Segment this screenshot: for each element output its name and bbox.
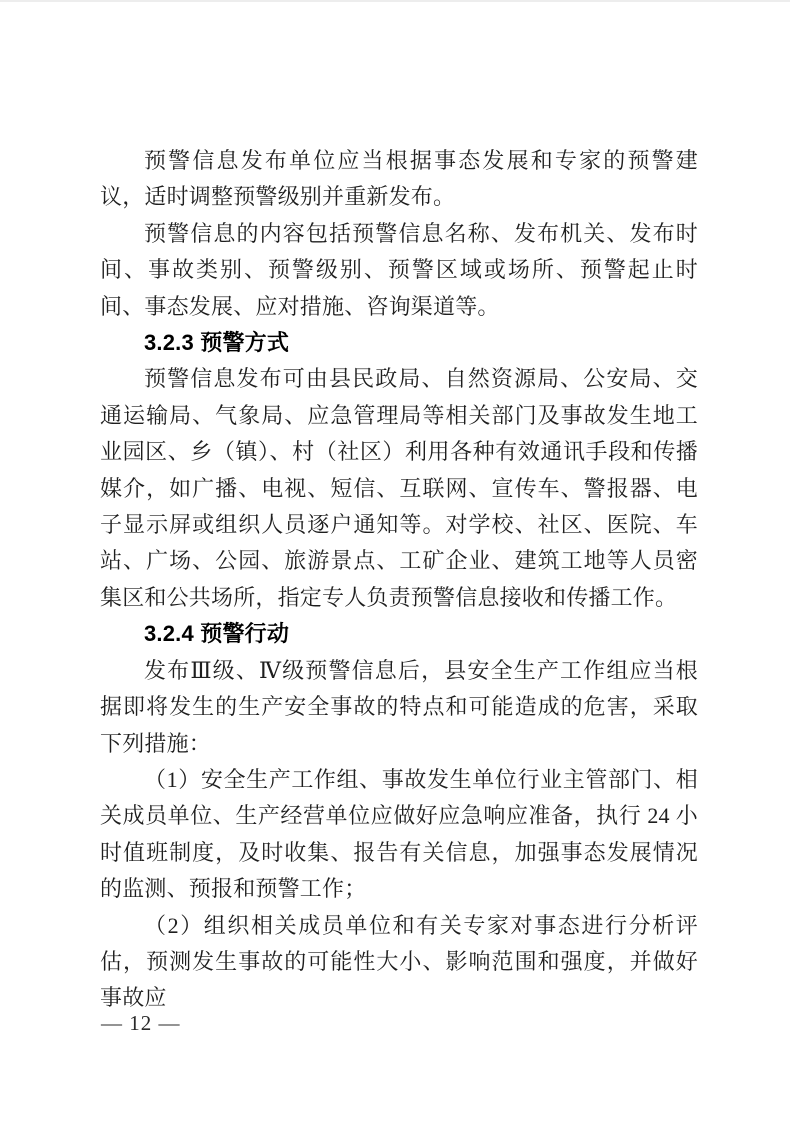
page-number: — 12 — [101, 1011, 181, 1035]
paragraph-warning-actions-intro: 发布Ⅲ级、Ⅳ级预警信息后，县安全生产工作组应当根据即将发生的生产安全事故的特点和… [100, 653, 698, 762]
paragraph-measure-1: （1）安全生产工作组、事故发生单位行业主管部门、相关成员单位、生产经营单位应做好… [100, 762, 698, 908]
document-page: 预警信息发布单位应当根据事态发展和专家的预警建议，适时调整预警级别并重新发布。 … [0, 0, 790, 1122]
section-heading-3-2-4: 3.2.4 预警行动 [100, 616, 698, 652]
page-top-edge [0, 0, 790, 2]
paragraph-warning-content: 预警信息的内容包括预警信息名称、发布机关、发布时间、事故类别、预警级别、预警区域… [100, 216, 698, 325]
paragraph-measure-2: （2）组织相关成员单位和有关专家对事态进行分析评估，预测发生事故的可能性大小、影… [100, 908, 698, 1017]
section-heading-3-2-3: 3.2.3 预警方式 [100, 325, 698, 361]
page-footer: — 12 — [101, 1008, 181, 1038]
page-body: 预警信息发布单位应当根据事态发展和专家的预警建议，适时调整预警级别并重新发布。 … [100, 143, 698, 1017]
paragraph-warning-adjustment: 预警信息发布单位应当根据事态发展和专家的预警建议，适时调整预警级别并重新发布。 [100, 143, 698, 216]
paragraph-warning-methods: 预警信息发布可由县民政局、自然资源局、公安局、交通运输局、气象局、应急管理局等相… [100, 361, 698, 616]
